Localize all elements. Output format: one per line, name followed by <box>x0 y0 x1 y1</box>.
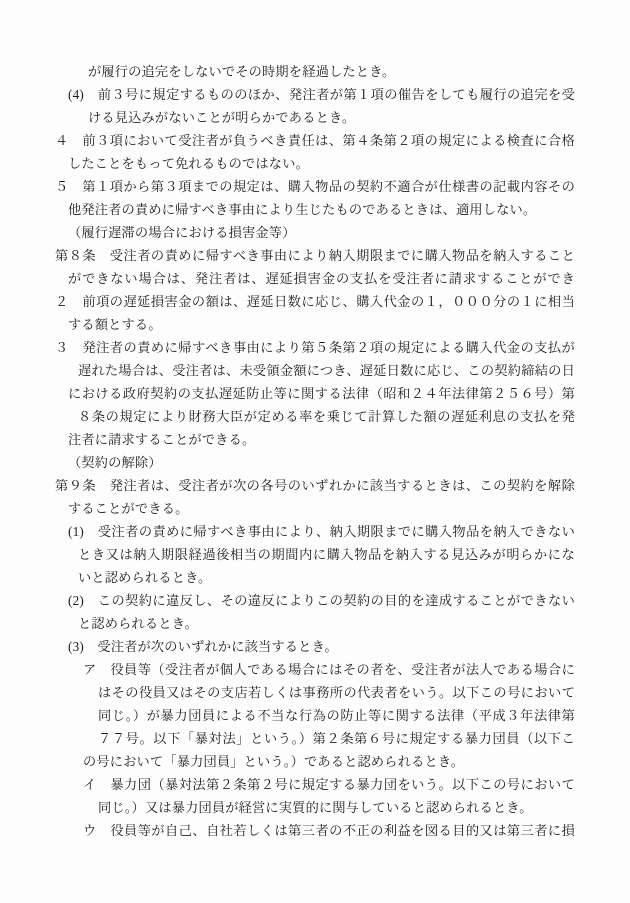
document-line: 第８条 受注者の責めに帰すべき事由により納入期限までに購入物品を納入すること <box>55 244 575 267</box>
contract-text-block: が履行の追完をしないでその時期を経過したとき。(4) 前３号に規定するもののほか… <box>55 60 575 842</box>
document-line: 注者に請求することができる。 <box>55 428 575 451</box>
document-line: とき又は納入期限経過後相当の期間内に購入物品を納入する見込みが明らかにな <box>55 543 575 566</box>
document-line: が履行の追完をしないでその時期を経過したとき。 <box>55 60 575 83</box>
document-line: 同じ。）が暴力団員による不当な行為の防止等に関する法律（平成３年法律第 <box>55 704 575 727</box>
document-line: (4) 前３号に規定するもののほか、発注者が第１項の催告をしても履行の追完を受 <box>55 83 575 106</box>
document-line: ７７号。以下「暴対法」という。）第２条第６号に規定する暴力団員（以下こ <box>55 727 575 750</box>
document-line: ４ 前３項において受注者が負うべき責任は、第４条第２項の規定による検査に合格 <box>55 129 575 152</box>
document-line: の号において「暴力団員」という。）であると認められるとき。 <box>55 750 575 773</box>
document-line: ２ 前項の遅延損害金の額は、遅延日数に応じ、購入代金の１，０００分の１に相当 <box>55 290 575 313</box>
document-line: ができない場合は、発注者は、遅延損害金の支払を受注者に請求することができる。 <box>55 267 575 290</box>
document-line: することができる。 <box>55 497 575 520</box>
document-line: における政府契約の支払遅延防止等に関する法律（昭和２４年法律第２５６号）第 <box>55 382 575 405</box>
document-line: 遅れた場合は、受注者は、未受領金額につき、遅延日数に応じ、この契約締結の日 <box>55 359 575 382</box>
document-line: (1) 受注者の責めに帰すべき事由により、納入期限までに購入物品を納入できない <box>55 520 575 543</box>
document-line: ３ 発注者の責めに帰すべき事由により第５条第２項の規定による購入代金の支払が <box>55 336 575 359</box>
document-line: 同じ。）又は暴力団員が経営に実質的に関与していると認められるとき。 <box>55 796 575 819</box>
document-line: いと認められるとき。 <box>55 566 575 589</box>
document-line: ８条の規定により財務大臣が定める率を乗じて計算した額の遅延利息の支払を発 <box>55 405 575 428</box>
document-line: ５ 第１項から第３項までの規定は、購入物品の契約不適合が仕様書の記載内容その <box>55 175 575 198</box>
document-line: ウ 役員等が自己、自社若しくは第三者の不正の利益を図る目的又は第三者に損 <box>55 819 575 842</box>
document-line: (2) この契約に違反し、その違反によりこの契約の目的を達成することができない <box>55 589 575 612</box>
document-line: はその役員又はその支店若しくは事務所の代表者をいう。以下この号において <box>55 681 575 704</box>
document-line: （履行遅滞の場合における損害金等） <box>55 221 575 244</box>
document-line: する額とする。 <box>55 313 575 336</box>
document-line: イ 暴力団（暴対法第２条第２号に規定する暴力団をいう。以下この号において <box>55 773 575 796</box>
document-line: 第９条 発注者は、受注者が次の各号のいずれかに該当するときは、この契約を解除 <box>55 474 575 497</box>
document-line: ア 役員等（受注者が個人である場合にはその者を、受注者が法人である場合に <box>55 658 575 681</box>
document-line: ける見込みがないことが明らかであるとき。 <box>55 106 575 129</box>
document-line: (3) 受注者が次のいずれかに該当するとき。 <box>55 635 575 658</box>
document-line: と認められるとき。 <box>55 612 575 635</box>
document-line: （契約の解除） <box>55 451 575 474</box>
document-page: が履行の追完をしないでその時期を経過したとき。(4) 前３号に規定するもののほか… <box>0 0 630 903</box>
document-line: 他発注者の責めに帰すべき事由により生じたものであるときは、適用しない。 <box>55 198 575 221</box>
document-line: したことをもって免れるものではない。 <box>55 152 575 175</box>
